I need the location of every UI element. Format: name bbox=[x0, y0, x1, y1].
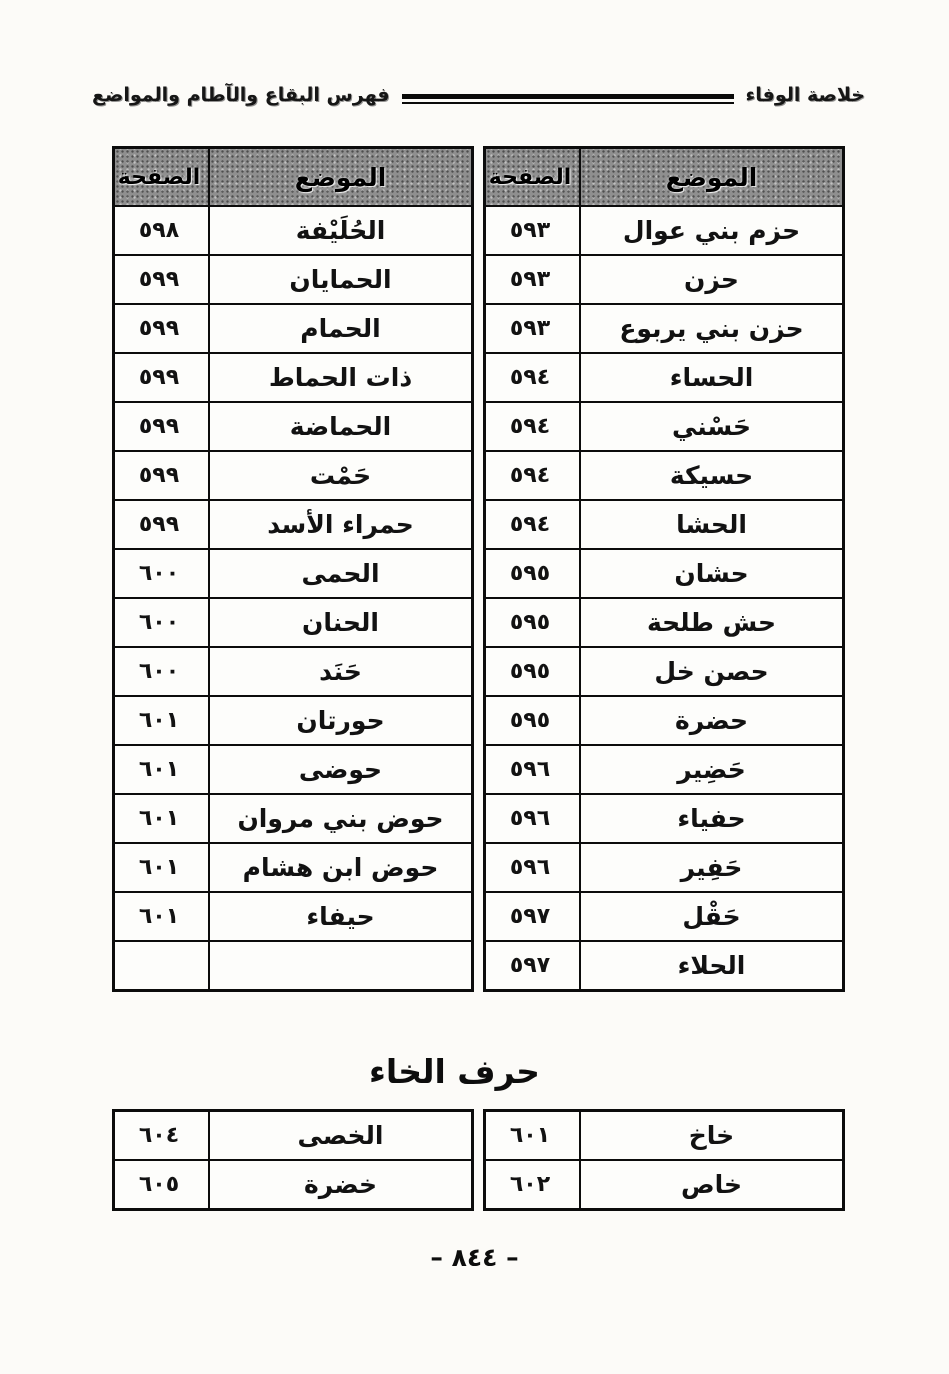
place-cell: حشان bbox=[580, 549, 843, 598]
page-cell: ٥٩٣ bbox=[485, 255, 580, 304]
page-cell: ٥٩٩ bbox=[114, 402, 209, 451]
place-cell: الحساء bbox=[580, 353, 843, 402]
place-cell: حوضى bbox=[209, 745, 472, 794]
book-title: خلاصة الوفاء bbox=[746, 84, 865, 106]
khaa-index-table: خاخ ٦٠١ خاص ٦٠٢ الخصى ٦٠٤ خضرة ٦٠٥ bbox=[112, 1109, 845, 1211]
column-header-place: الموضع bbox=[209, 148, 472, 206]
place-cell: حَمْت bbox=[209, 451, 472, 500]
page-cell: ٦٠٥ bbox=[114, 1160, 209, 1209]
page-cell: ٥٩٩ bbox=[114, 353, 209, 402]
column-header-place: الموضع bbox=[580, 148, 843, 206]
place-cell: خضرة bbox=[209, 1160, 472, 1209]
scanned-book-page: خلاصة الوفاء فهرس البقاع والآطام والمواض… bbox=[0, 0, 949, 1374]
page-cell: ٥٩٩ bbox=[114, 500, 209, 549]
place-cell: حمراء الأسد bbox=[209, 500, 472, 549]
page-cell: ٦٠٠ bbox=[114, 549, 209, 598]
place-cell: حصن خل bbox=[580, 647, 843, 696]
place-cell: حسيكة bbox=[580, 451, 843, 500]
page-cell: ٥٩٦ bbox=[485, 843, 580, 892]
column-header-page: الصفحة bbox=[485, 148, 580, 206]
page-cell: ٥٩٤ bbox=[485, 500, 580, 549]
place-cell: خاص bbox=[580, 1160, 843, 1209]
place-cell: حزم بني عوال bbox=[580, 206, 843, 255]
page-cell: ٦٠٠ bbox=[114, 598, 209, 647]
page-cell: ٥٩٥ bbox=[485, 598, 580, 647]
khaa-table-right-half: خاخ ٦٠١ خاص ٦٠٢ bbox=[483, 1109, 845, 1211]
index-title: فهرس البقاع والآطام والمواضع bbox=[92, 84, 390, 106]
page-cell: ٥٩٨ bbox=[114, 206, 209, 255]
place-cell: خاخ bbox=[580, 1111, 843, 1160]
place-cell: حَسْني bbox=[580, 402, 843, 451]
page-cell: ٥٩٥ bbox=[485, 696, 580, 745]
place-cell: الحمى bbox=[209, 549, 472, 598]
place-cell: حزن بني يربوع bbox=[580, 304, 843, 353]
page-cell: ٥٩٧ bbox=[485, 892, 580, 941]
index-table-left-half: الموضع الصفحة الحُلَيْفة ٥٩٨ الحمايان ٥٩… bbox=[112, 146, 474, 992]
page-cell: ٥٩٥ bbox=[485, 647, 580, 696]
place-cell: الحمام bbox=[209, 304, 472, 353]
haa-index-table: الموضع الصفحة حزم بني عوال ٥٩٣ حزن ٥٩٣ ح… bbox=[112, 146, 845, 992]
place-cell: حَنَد bbox=[209, 647, 472, 696]
page-cell: ٥٩٤ bbox=[485, 451, 580, 500]
index-table-right-half: الموضع الصفحة حزم بني عوال ٥٩٣ حزن ٥٩٣ ح… bbox=[483, 146, 845, 992]
place-cell: حش طلحة bbox=[580, 598, 843, 647]
place-cell: الحُلَيْفة bbox=[209, 206, 472, 255]
page-number: – ٨٤٤ – bbox=[0, 1243, 949, 1272]
page-cell: ٦٠٠ bbox=[114, 647, 209, 696]
place-cell: حَفِير bbox=[580, 843, 843, 892]
page-cell: ٦٠٢ bbox=[485, 1160, 580, 1209]
page-cell: ٦٠١ bbox=[114, 843, 209, 892]
place-cell: حورتان bbox=[209, 696, 472, 745]
page-cell: ٥٩٧ bbox=[485, 941, 580, 990]
section-heading-khaa: حرف الخاء bbox=[0, 1052, 909, 1091]
place-cell: حيفاء bbox=[209, 892, 472, 941]
page-cell: ٥٩٩ bbox=[114, 255, 209, 304]
place-cell: الحماضة bbox=[209, 402, 472, 451]
place-cell: حفياء bbox=[580, 794, 843, 843]
place-cell: الحلاء bbox=[580, 941, 843, 990]
place-cell: الحشا bbox=[580, 500, 843, 549]
page-cell: ٦٠٤ bbox=[114, 1111, 209, 1160]
page-cell bbox=[114, 941, 209, 990]
place-cell: حَقْل bbox=[580, 892, 843, 941]
place-cell: حَضِير bbox=[580, 745, 843, 794]
page-cell: ٥٩٤ bbox=[485, 402, 580, 451]
column-header-page: الصفحة bbox=[114, 148, 209, 206]
place-cell: حوض ابن هشام bbox=[209, 843, 472, 892]
header-rule bbox=[402, 94, 734, 104]
page-cell: ٥٩٩ bbox=[114, 304, 209, 353]
place-cell: الحمايان bbox=[209, 255, 472, 304]
page-cell: ٦٠١ bbox=[114, 696, 209, 745]
place-cell: الخصى bbox=[209, 1111, 472, 1160]
place-cell: ذات الحماط bbox=[209, 353, 472, 402]
page-cell: ٥٩٦ bbox=[485, 794, 580, 843]
page-cell: ٦٠١ bbox=[485, 1111, 580, 1160]
running-head: خلاصة الوفاء فهرس البقاع والآطام والمواض… bbox=[0, 0, 949, 106]
khaa-table-left-half: الخصى ٦٠٤ خضرة ٦٠٥ bbox=[112, 1109, 474, 1211]
page-cell: ٥٩٩ bbox=[114, 451, 209, 500]
page-cell: ٦٠١ bbox=[114, 892, 209, 941]
place-cell: حوض بني مروان bbox=[209, 794, 472, 843]
page-cell: ٥٩٣ bbox=[485, 206, 580, 255]
page-cell: ٥٩٦ bbox=[485, 745, 580, 794]
place-cell: حضرة bbox=[580, 696, 843, 745]
page-cell: ٥٩٥ bbox=[485, 549, 580, 598]
place-cell: الحنان bbox=[209, 598, 472, 647]
place-cell: حزن bbox=[580, 255, 843, 304]
page-cell: ٦٠١ bbox=[114, 745, 209, 794]
page-cell: ٥٩٤ bbox=[485, 353, 580, 402]
place-cell bbox=[209, 941, 472, 990]
page-cell: ٥٩٣ bbox=[485, 304, 580, 353]
page-cell: ٦٠١ bbox=[114, 794, 209, 843]
